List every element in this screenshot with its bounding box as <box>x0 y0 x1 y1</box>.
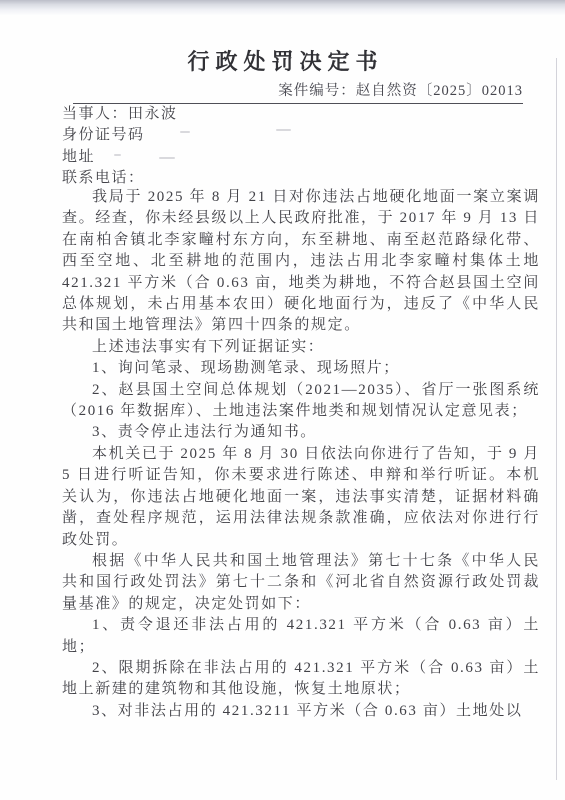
id-number-label: 身份证号码 <box>62 127 145 143</box>
scan-edge-artifact-right <box>556 58 557 780</box>
paragraph-penalty-item-2: 2、限期拆除在非法占用的 421.321 平方米（合 0.63 亩）土地上新建的… <box>62 658 540 701</box>
party-name-value: 田永波 <box>128 106 178 122</box>
address-label: 地址 <box>62 149 95 165</box>
party-info-block: 当事人：田永波 身份证号码 地址 联系电话： <box>62 102 537 188</box>
redaction-mark <box>276 129 291 131</box>
phone-label: 联系电话： <box>62 170 145 186</box>
party-field-name: 当事人：田永波 <box>62 102 537 123</box>
party-field-address: 地址 <box>62 145 537 166</box>
party-name-label: 当事人： <box>62 106 128 122</box>
paragraph-penalty-item-1: 1、责令退还非法占用的 421.321 平方米（合 0.63 亩）土地； <box>62 615 540 658</box>
document-title: 行政处罚决定书 <box>0 45 565 76</box>
paragraph-evidence-intro: 上述违法事实有下列证据证实： <box>62 337 540 358</box>
paragraph-facts: 我局于 2025 年 8 月 21 日对你违法占地硬化地面一案立案调查。经查，你… <box>62 187 540 337</box>
document-page: 行政处罚决定书 案件编号：赵自然资〔2025〕02013 当事人：田永波 身份证… <box>0 0 565 800</box>
paragraph-evidence-item-1: 1、询问笔录、现场勘测笔录、现场照片； <box>62 358 540 379</box>
redaction-mark <box>114 154 121 156</box>
redaction-mark <box>159 157 175 159</box>
party-field-phone: 联系电话： <box>62 166 537 187</box>
case-number-row: 案件编号：赵自然资〔2025〕02013 <box>73 79 523 104</box>
document-body: 我局于 2025 年 8 月 21 日对你违法占地硬化地面一案立案调查。经查，你… <box>62 187 540 722</box>
scan-edge-artifact-top <box>0 0 565 16</box>
party-field-id-number: 身份证号码 <box>62 123 537 144</box>
paragraph-notification: 本机关已于 2025 年 8 月 30 日依法向你进行了告知，于 9 月 5 日… <box>62 444 540 551</box>
redaction-mark <box>180 131 190 133</box>
paragraph-evidence-item-2: 2、赵县国土空间总体规划（2021—2035）、省厅一张图系统（2016 年数据… <box>62 380 540 423</box>
case-number-value: 赵自然资〔2025〕02013 <box>356 83 523 99</box>
paragraph-evidence-item-3: 3、责令停止违法行为通知书。 <box>62 422 540 443</box>
paragraph-penalty-item-3: 3、对非法占用的 421.3211 平方米（合 0.63 亩）土地处以 <box>62 701 540 722</box>
paragraph-legal-basis: 根据《中华人民共和国土地管理法》第七十七条《中华人民共和国行政处罚法》第七十二条… <box>62 551 540 615</box>
case-number-label: 案件编号： <box>278 83 356 99</box>
